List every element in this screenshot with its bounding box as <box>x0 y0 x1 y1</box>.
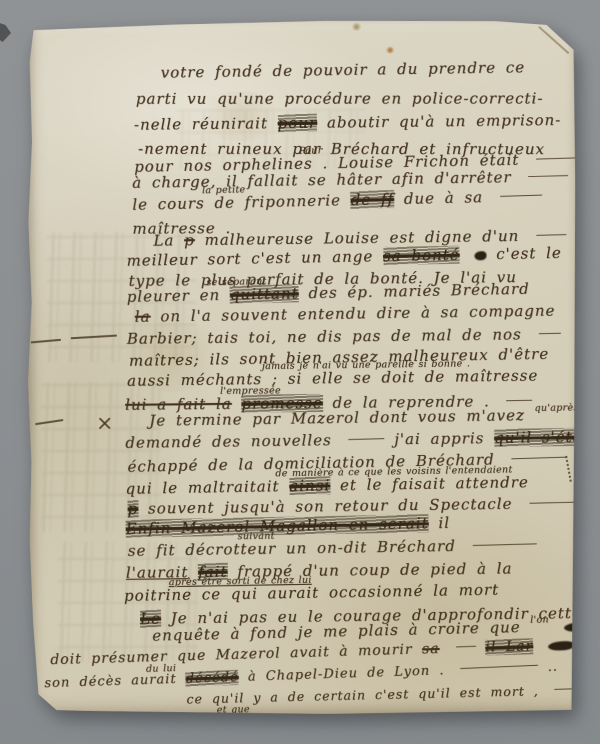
text-segment: qui le maltraitait <box>125 477 279 498</box>
text-segment: Barbier; tais toi, ne dis pas de mal de … <box>127 325 522 347</box>
heavily-struck-text: de ff <box>350 190 394 209</box>
manuscript-line: parti vu qu'une procédure en police-corr… <box>136 89 544 107</box>
manuscript-line: ce qu'il y a de certain c'est qu'il est … <box>186 682 579 706</box>
text-segment: aboutir qu'à un emprison- <box>327 111 562 132</box>
interlinear-insertion: suivant <box>238 531 275 543</box>
text-segment: doit présumer que Mazerol avait à mourir <box>50 642 413 668</box>
filler-rule <box>529 501 581 503</box>
manuscript-line: Enfin Mazerol Magallon en serait il <box>126 514 451 538</box>
text-segment: friponnerie <box>245 191 342 211</box>
heavily-struck-text: décédé <box>185 670 238 687</box>
filler-rule <box>500 194 542 196</box>
manuscript-line: -nelle réunirait pour aboutir qu'à un em… <box>134 111 561 134</box>
interlinear-insertion: se séparant <box>206 276 266 288</box>
text-segment: parti vu qu'une procédure en police-corr… <box>136 89 544 107</box>
insertion-below: et que <box>217 704 250 716</box>
interlinear-insertion: Pour <box>299 145 323 156</box>
manuscript-line: aussi méchants ; jamais je n'ai vu une p… <box>127 366 538 389</box>
filler-rule <box>348 438 384 440</box>
heavily-struck-text: ainsi <box>289 476 330 495</box>
text-segment: poitrine <box>124 586 192 605</box>
manuscript-text: votre fondé de pouvoir a du prendre ce p… <box>25 20 580 716</box>
text-segment: demandé des nouvelles <box>125 431 332 452</box>
text-segment: ce qu'il y a de certain c'est qu'il est … <box>186 683 539 706</box>
text-segment: j'ai appris <box>394 429 484 448</box>
heavily-struck-text: Enfin Mazerol Magallon en serait <box>126 514 429 538</box>
filler-rule <box>555 688 579 690</box>
text-segment: La <box>153 231 174 249</box>
text-segment: -nelle réunirait <box>134 114 268 134</box>
corner-pen-mark <box>0 22 11 42</box>
manuscript-line: demandé des nouvelles j'ai appris qu'il … <box>125 427 600 452</box>
filler-rule <box>536 157 582 159</box>
manuscript-line: poitrine après être sorti de chez lui ce… <box>124 581 499 605</box>
text-segment: souvent jusqu'à son retour du Spectacle <box>148 495 513 518</box>
interlinear-insertion: l'on <box>530 614 549 625</box>
margin-cross-mark <box>99 418 110 429</box>
manuscript-line: p souvent jusqu'à son retour du Spectacl… <box>127 494 581 518</box>
manuscript-line: le cours de la petite friponnerie de ff … <box>132 187 542 214</box>
filler-rule <box>473 543 537 546</box>
text-segment: on l'a souvent entendu dire à sa compagn… <box>160 301 555 325</box>
photo-background: votre fondé de pouvoir a du prendre ce p… <box>0 0 600 744</box>
ink-blot <box>564 621 590 632</box>
text-segment: pleurer en <box>127 286 221 306</box>
text-segment: un on-dit Bréchard <box>286 537 456 558</box>
heavily-struck-text: sa bonté <box>383 246 460 265</box>
text-segment: à Chapel-Dieu de Lyon . <box>248 663 445 684</box>
text-segment: il <box>438 514 450 532</box>
manuscript-line: qui le maltraitait ainsi de manière à ce… <box>125 473 529 498</box>
filler-rule <box>456 645 476 647</box>
filler-rule <box>578 250 600 252</box>
interlinear-insertion: l'empressée <box>220 385 281 397</box>
manuscript-line: Barbier; tais toi, ne dis pas de mal de … <box>127 325 561 348</box>
text-segment: c'est le <box>496 244 562 263</box>
heavily-struck-text: qu'il s'était <box>494 428 595 447</box>
interlinear-insertion: la petite <box>202 184 246 196</box>
filler-rule <box>536 234 566 236</box>
text-segment: le cours de <box>132 194 235 214</box>
manuscript-line: se fit décrotteur suivant un on-dit Bréc… <box>128 536 537 560</box>
filler-rule <box>511 456 567 459</box>
manuscript-line: la on l'a souvent entendu dire à sa comp… <box>135 301 556 325</box>
ink-blot <box>474 250 486 260</box>
struck-text: la <box>135 308 151 326</box>
manuscript-line: votre fondé de pouvoir a du prendre ce <box>161 58 526 81</box>
filler-rule <box>528 175 568 177</box>
text-segment: due à sa <box>404 188 484 208</box>
ink-blot <box>547 640 574 651</box>
text-segment: .. <box>547 660 558 675</box>
interlinear-insertion: du lui <box>146 663 177 675</box>
filler-rule <box>460 665 538 669</box>
filler-rule <box>538 332 560 333</box>
heavily-struck-text: Le <box>140 609 161 627</box>
struck-text: sa <box>422 641 440 657</box>
heavily-struck-text: pour <box>278 114 318 132</box>
heavily-struck-text: p <box>127 500 138 518</box>
text-segment: votre fondé de pouvoir a du prendre ce <box>161 58 526 81</box>
manuscript-page: votre fondé de pouvoir a du prendre ce p… <box>25 20 580 716</box>
paper-shadow-wrap: votre fondé de pouvoir a du prendre ce p… <box>25 20 580 716</box>
interlinear-insertion: qu'après <box>534 402 578 414</box>
text-segment: meilleur sort c'est un ange <box>126 247 373 270</box>
struck-text: p <box>184 231 195 249</box>
text-segment: se fit décrotteur <box>128 540 277 560</box>
heavily-struck-text: il Lar <box>485 638 533 655</box>
struck-insertion: être <box>588 402 600 413</box>
text-segment: des ép. mariés Bréchard <box>308 280 530 302</box>
text-segment: son décès aurait <box>44 672 177 691</box>
filler-rule <box>507 399 533 401</box>
